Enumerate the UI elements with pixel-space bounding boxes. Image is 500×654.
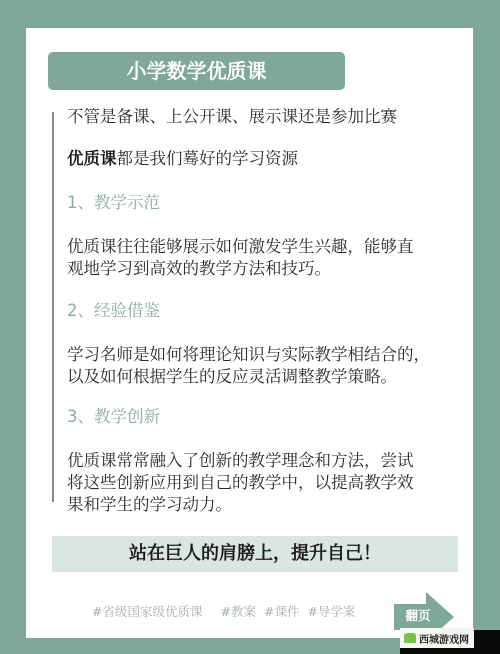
watermark-badge: 西城游戏网: [400, 628, 474, 648]
vertical-divider: [52, 112, 54, 502]
watermark: 西城游戏网: [400, 630, 500, 654]
section-3-line-1: 优质课常常融入了创新的教学理念和方法，尝试: [67, 450, 414, 472]
intro-line-1: 不管是备课、上公开课、展示课还是参加比赛: [67, 106, 397, 128]
section-1-line-2: 观地学习到高效的教学方法和技巧。: [67, 258, 414, 280]
watermark-logo-icon: [404, 633, 416, 643]
section-3-line-3: 果和学生的学习动力。: [67, 494, 414, 516]
section-1-body: 优质课往往能够展示如何激发学生兴趣，能够直 观地学习到高效的教学方法和技巧。: [67, 236, 414, 280]
section-2-body: 学习名师是如何将理论知识与实际教学相结合的， 以及如何根据学生的反应灵活调整教学…: [67, 344, 430, 388]
page-title: 小学数学优质课: [48, 52, 345, 90]
tag-item[interactable]: #课件: [264, 604, 299, 619]
section-2-line-1: 学习名师是如何将理论知识与实际教学相结合的，: [67, 344, 430, 366]
tag-list: #省级国家级优质课#教案#课件#导学案: [92, 602, 363, 620]
section-1-heading: 1、教学示范: [67, 192, 160, 214]
intro-highlight: 优质课: [67, 149, 117, 168]
intro-line-2-rest: 都是我们蓦好的学习资源: [117, 149, 299, 168]
section-1-line-1: 优质课往往能够展示如何激发学生兴趣，能够直: [67, 236, 414, 258]
tag-item[interactable]: #导学案: [307, 604, 355, 619]
watermark-text: 西城游戏网: [419, 631, 469, 646]
next-page-label: 翻页: [400, 607, 436, 625]
section-3-line-2: 将这些创新应用到自己的教学中，以提高教学效: [67, 472, 414, 494]
content-card: 小学数学优质课 不管是备课、上公开课、展示课还是参加比赛 优质课都是我们蓦好的学…: [26, 28, 473, 638]
section-2-heading: 2、经验借鉴: [67, 300, 160, 322]
motto-banner: 站在巨人的肩膀上，提升自己！: [52, 536, 458, 572]
intro-line-2: 优质课都是我们蓦好的学习资源: [67, 148, 298, 170]
tag-item[interactable]: #省级国家级优质课: [92, 604, 202, 619]
section-2-line-2: 以及如何根据学生的反应灵活调整教学策略。: [67, 366, 430, 388]
section-3-body: 优质课常常融入了创新的教学理念和方法，尝试 将这些创新应用到自己的教学中，以提高…: [67, 450, 414, 516]
section-3-heading: 3、教学创新: [67, 406, 160, 428]
tag-item[interactable]: #教案: [220, 604, 255, 619]
